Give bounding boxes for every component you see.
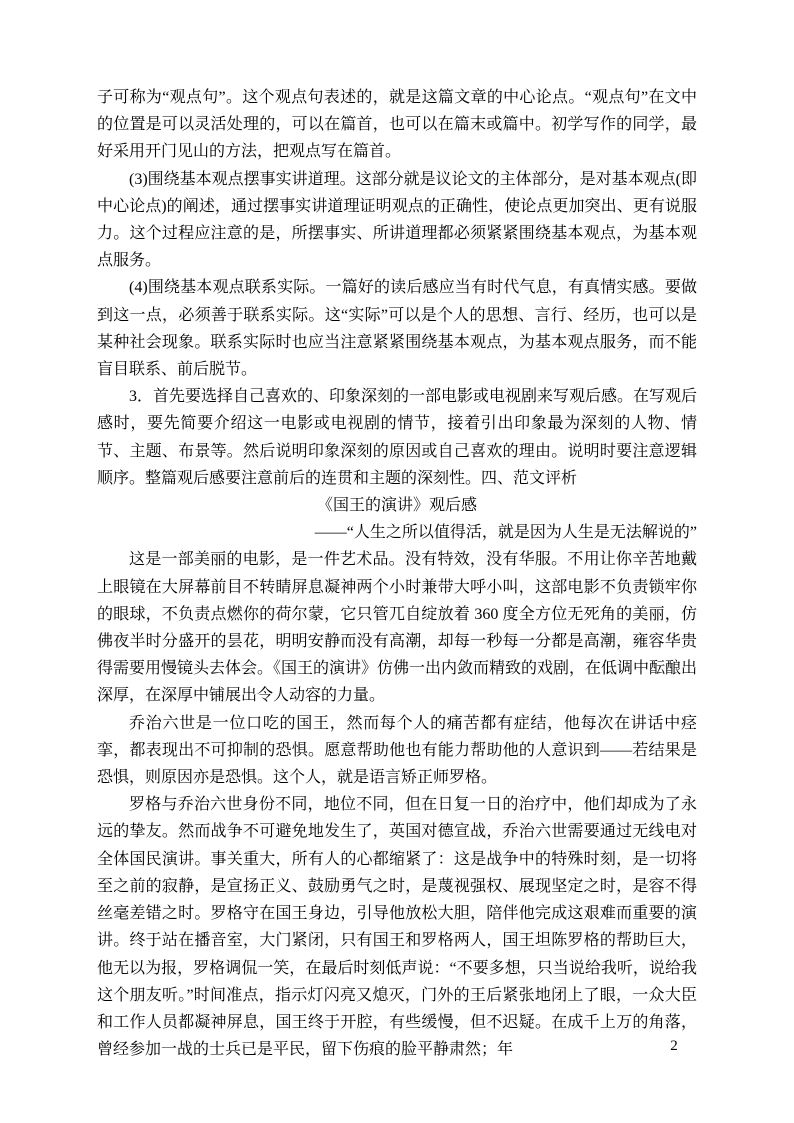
essay-paragraph-2: 乔治六世是一位口吃的国王，然而每个人的痛苦都有症结，他每次在讲话中痉挛，都表现出… — [97, 710, 697, 792]
document-content: 子可称为“观点句”。这个观点句表述的，就是这篇文章的中心论点。“观点句”在文中的… — [97, 84, 697, 1063]
paragraph-step-3: 3．首先要选择自己喜欢的、印象深刻的一部电影或电视剧来写观后感。在写观后感时，要… — [97, 383, 697, 492]
essay-paragraph-1: 这是一部美丽的电影，是一件艺术品。没有特效，没有华服。不用让你辛苦地戴上眼镜在大… — [97, 546, 697, 709]
essay-title: 《国王的演讲》观后感 — [97, 492, 697, 519]
essay-paragraph-3: 罗格与乔治六世身份不同，地位不同，但在日复一日的治疗中，他们却成为了永远的挚友。… — [97, 791, 697, 1063]
paragraph-viewpoint-sentence: 子可称为“观点句”。这个观点句表述的，就是这篇文章的中心论点。“观点句”在文中的… — [97, 84, 697, 166]
paragraph-point-3: (3)围绕基本观点摆事实讲道理。这部分就是议论文的主体部分，是对基本观点(即中心… — [97, 166, 697, 275]
essay-epigraph: ——“人生之所以值得活，就是因为人生是无法解说的” — [97, 519, 697, 546]
paragraph-point-4: (4)围绕基本观点联系实际。一篇好的读后感应当有时代气息，有真情实感。要做到这一… — [97, 274, 697, 383]
page-number: 2 — [664, 1036, 684, 1056]
document-page: 子可称为“观点句”。这个观点句表述的，就是这篇文章的中心论点。“观点句”在文中的… — [0, 0, 794, 1123]
